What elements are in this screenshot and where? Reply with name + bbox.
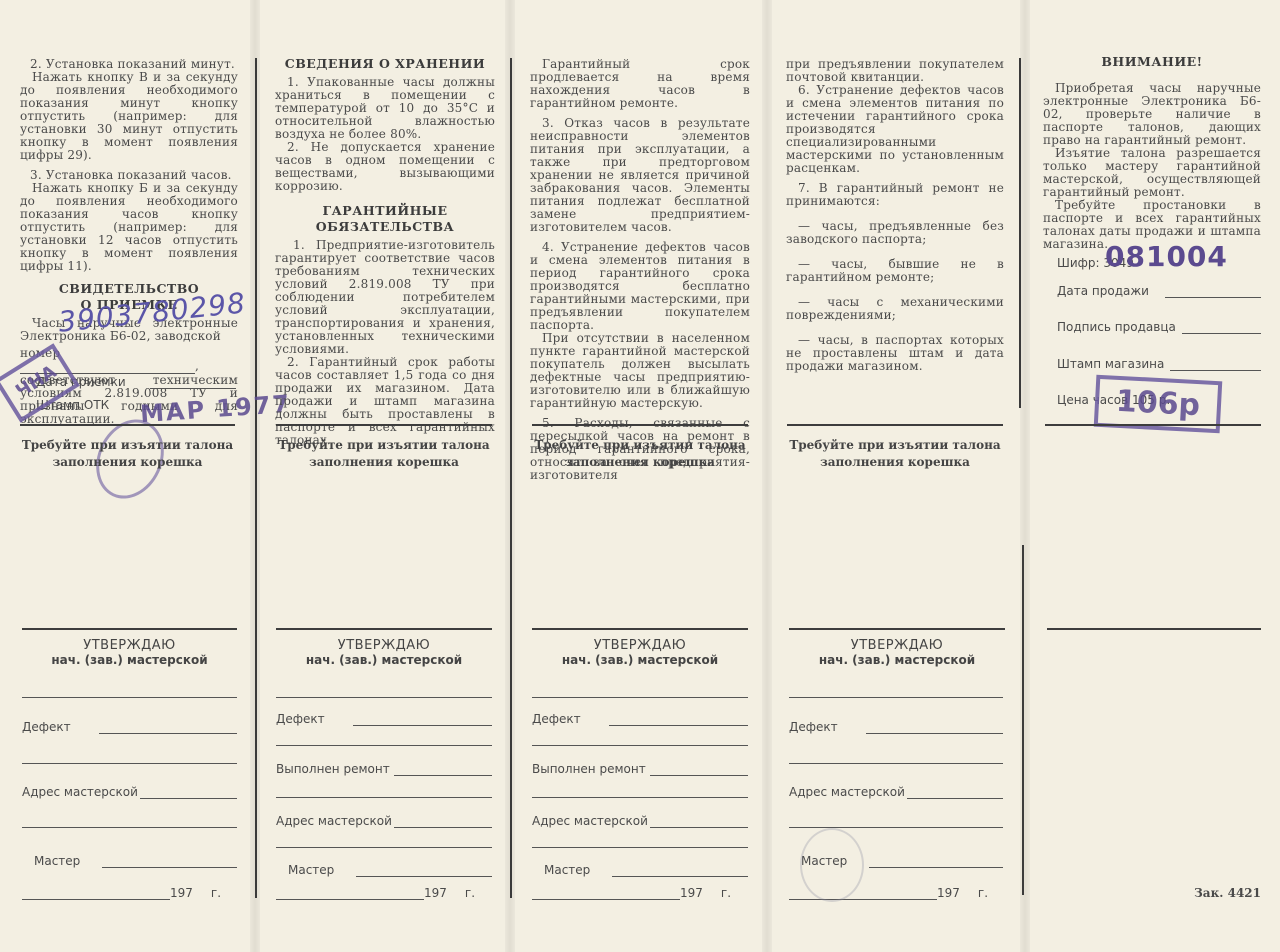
shop-stamp-label: Штамп магазина [1057,357,1164,371]
workshop-address-field[interactable]: Адрес мастерской [789,785,1003,799]
exclusion-2: — часы, бывшие не в гарантийном ремонте; [786,258,1004,284]
fold-line [762,0,772,952]
approval-separator [276,628,492,630]
signature-line[interactable] [532,697,748,698]
repair-done-field[interactable]: Выполнен ремонт [276,762,492,776]
approval-separator [1047,628,1261,630]
warranty-title: ГАРАНТИЙНЫЕ [275,203,495,219]
approval-separator [789,628,1005,630]
seller-signature-field[interactable]: Подпись продавца [1057,320,1261,334]
approval-block-2: УТВЕРЖДАЮнач. (зав.) мастерской [276,638,492,667]
approval-block-4: УТВЕРЖДАЮнач. (зав.) мастерской [789,638,1005,667]
defect-line-2[interactable] [789,763,1003,764]
cipher-stamp: 081004 [1105,240,1228,273]
defect-field[interactable]: Дефект [22,720,237,734]
order-number: Зак. 4421 [1194,886,1261,900]
workshop-address-field[interactable]: Адрес мастерской [532,814,748,828]
master-field[interactable]: Мастер [288,863,492,877]
sale-date-field[interactable]: Дата продажи [1057,284,1261,298]
coupon-demand-3: Требуйте при изъятии талоназаполнения ко… [532,437,748,471]
warranty-subtitle: ОБЯЗАТЕЛЬСТВА [275,219,495,235]
warranty-item-4: 4. Устранение дефектов часов и смена эле… [530,241,750,332]
faint-round-stamp [800,828,864,902]
warranty-item-6: 6. Устранение дефектов часов и смена эле… [786,84,1004,175]
attention-item-1: Приобретая часы наручные электронные Эле… [1043,82,1261,147]
warranty-item-7: 7. В гарантийный ремонт не принимаются: [786,182,1004,208]
defect-line-2[interactable] [22,763,237,764]
column-5: ВНИМАНИЕ! Приобретая часы наручные элект… [1043,0,1261,952]
coupon-separator [1045,424,1261,426]
approval-block-1: УТВЕРЖДАЮнач. (зав.) мастерской [22,638,237,667]
master-field[interactable]: Мастер [34,854,237,868]
exclusion-4: — часы, в паспортах которых не проставле… [786,334,1004,373]
exclusion-3: — часы с механическими повреждениями; [786,296,1004,322]
column-3: Гарантийный срок продлевается на время н… [530,0,750,952]
warranty-item-1: 1. Предприятие-изготовитель гарантирует … [275,239,495,356]
hours-setting-body: Нажать кнопку Б и за секунду до появлени… [20,182,238,273]
address-line-2[interactable] [22,827,237,828]
warranty-item-5-continued: при предъявлении покупателем почтовой кв… [786,58,1004,84]
defect-field[interactable]: Дефект [276,712,492,726]
warranty-item-3: 3. Отказ часов в результате неисправност… [530,117,750,234]
repair-line-2[interactable] [532,797,748,798]
date-field[interactable]: 197г. [532,886,731,900]
master-field[interactable]: Мастер [544,863,748,877]
date-field[interactable]: 197г. [276,886,475,900]
defect-line-2[interactable] [532,745,748,746]
approval-block-3: УТВЕРЖДАЮнач. (зав.) мастерской [532,638,748,667]
exclusion-1: — часы, предъявленные без заводского пас… [786,220,1004,246]
column-divider [1022,545,1024,895]
column-divider [1019,58,1021,408]
defect-field[interactable]: Дефект [532,712,748,726]
column-2: СВЕДЕНИЯ О ХРАНЕНИИ 1. Упакованные часы … [275,0,495,952]
coupon-separator [787,424,1003,426]
storage-title: СВЕДЕНИЯ О ХРАНЕНИИ [275,56,495,72]
coupon-separator [276,424,492,426]
defect-line-2[interactable] [276,745,492,746]
warranty-item-4-continued: При отсутствии в населенном пункте гаран… [530,332,750,410]
warranty-extension: Гарантийный срок продлевается на время н… [530,58,750,110]
workshop-address-field[interactable]: Адрес мастерской [22,785,237,799]
storage-item-2: 2. Не допускается хранение часов в одном… [275,141,495,193]
workshop-address-field[interactable]: Адрес мастерской [276,814,492,828]
repair-line-2[interactable] [276,797,492,798]
address-line-2[interactable] [789,827,1003,828]
coupon-demand-2: Требуйте при изъятии талоназаполнения ко… [276,437,492,471]
storage-item-1: 1. Упакованные часы должны храниться в п… [275,76,495,141]
shop-stamp-field[interactable]: Штамп магазина [1057,357,1261,371]
attention-title: ВНИМАНИЕ! [1043,54,1261,70]
coupon-separator [532,424,748,426]
column-divider [255,58,257,898]
coupon-demand-1: Требуйте при изъятии талоназаполнения ко… [20,437,235,471]
repair-done-field[interactable]: Выполнен ремонт [532,762,748,776]
signature-line[interactable] [276,697,492,698]
column-4: при предъявлении покупателем почтовой кв… [786,0,1004,952]
approval-separator [22,628,237,630]
address-line-2[interactable] [276,847,492,848]
sale-date-label: Дата продажи [1057,284,1149,298]
attention-item-2: Изъятие талона разрешается только мастер… [1043,147,1261,199]
signature-line[interactable] [22,697,237,698]
coupon-separator [20,424,235,426]
column-divider [510,58,512,898]
defect-field[interactable]: Дефект [789,720,1003,734]
seller-signature-label: Подпись продавца [1057,320,1176,334]
warranty-item-2: 2. Гарантийный срок работы часов составл… [275,356,495,447]
date-field[interactable]: 197г. [22,886,221,900]
signature-line[interactable] [789,697,1003,698]
coupon-demand-4: Требуйте при изъятии талоназаполнения ко… [787,437,1003,471]
minutes-setting-body: Нажать кнопку В и за секунду до появлени… [20,71,238,162]
address-line-2[interactable] [532,847,748,848]
approval-separator [532,628,748,630]
